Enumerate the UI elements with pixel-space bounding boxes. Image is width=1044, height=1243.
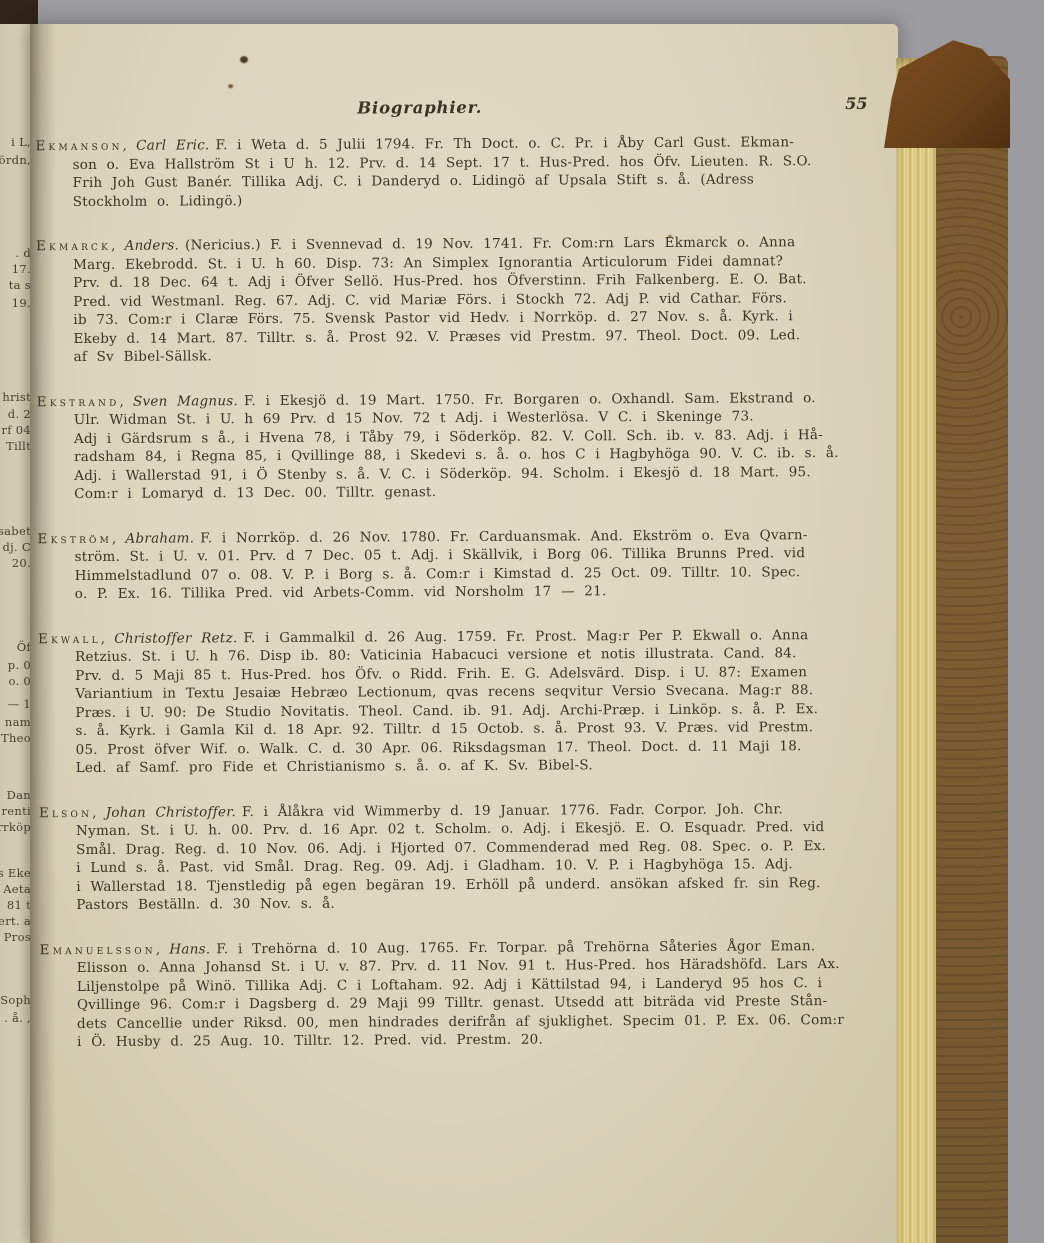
biography-entry: Ekmarck,Anders.(Nericius.) F. i Svenneva… bbox=[36, 233, 879, 367]
gutter-fragment: Pros bbox=[4, 930, 31, 944]
gutter-fragment: Theo bbox=[1, 731, 31, 745]
book-page: Biographier. 55 Ekmanson,Carl Eric.F. i … bbox=[30, 24, 898, 1243]
biography-entry: Ekmanson,Carl Eric.F. i Weta d. 5 Julii … bbox=[35, 133, 877, 211]
entry-line-text: F. i Ålåkra vid Wimmerby d. 19 Januar. 1… bbox=[242, 801, 783, 820]
gutter-fragment: Öf bbox=[17, 640, 31, 654]
page-number: 55 bbox=[845, 94, 867, 113]
fore-edge-pages bbox=[896, 58, 938, 1243]
gutter-fragment: — 1 bbox=[8, 697, 31, 711]
gutter-fragment: dj. C bbox=[2, 540, 31, 554]
gutter-fragment: rf 04 bbox=[1, 423, 31, 437]
gutter-fragment: sabet bbox=[0, 524, 31, 538]
biography-entry: Elson,Johan Christoffer.F. i Ålåkra vid … bbox=[39, 799, 882, 914]
page-surface: Biographier. 55 Ekmanson,Carl Eric.F. i … bbox=[27, 22, 901, 1243]
entry-headword: Ekstrand, bbox=[37, 393, 127, 409]
gutter-fragment: . å. , bbox=[4, 1011, 31, 1025]
page-header-title: Biographier. bbox=[357, 98, 482, 118]
gutter-fragment: rrköp bbox=[0, 820, 31, 834]
gutter-fragment: s Eke bbox=[0, 866, 31, 880]
gutter-fragment: ördn, bbox=[0, 153, 31, 167]
gutter-fragment: 20. bbox=[12, 556, 31, 570]
biography-entry: Emanuelsson,Hans.F. i Trehörna d. 10 Aug… bbox=[40, 936, 883, 1051]
biography-entry: Ekwall,Christoffer Retz.F. i Gammalkil d… bbox=[38, 625, 881, 777]
entry-headword: Ekström, bbox=[37, 530, 119, 546]
biography-entry: Ekstrand,Sven Magnus.F. i Ekesjö d. 19 M… bbox=[37, 388, 880, 503]
biography-entry: Ekström,Abraham.F. i Norrköp. d. 26 Nov.… bbox=[37, 525, 879, 603]
gutter-fragment: renti bbox=[1, 804, 31, 818]
entry-person-name: Carl Eric. bbox=[136, 137, 210, 153]
entry-line: Led. af Samf. pro Fide et Christianismo … bbox=[39, 755, 881, 778]
entry-headword: Ekmarck, bbox=[36, 238, 119, 254]
entry-line: af Sv Bibel-Sällsk. bbox=[37, 344, 879, 367]
entry-person-name: Hans. bbox=[169, 941, 210, 957]
book-cover bbox=[936, 56, 1008, 1243]
gutter-fragment: Aeta bbox=[3, 882, 31, 896]
entry-line-text: F. i Norrköp. d. 26 Nov. 1780. Fr. Cardu… bbox=[200, 527, 807, 546]
entry-line: i Ö. Husby d. 25 Aug. 10. Tilltr. 12. Pr… bbox=[40, 1029, 882, 1052]
gutter-fragment: Dan bbox=[7, 788, 31, 802]
entry-line: Stockholm o. Lidingö.) bbox=[36, 188, 878, 211]
entry-person-name: Sven Magnus. bbox=[133, 393, 238, 410]
gutter-fragment: 81 t bbox=[7, 898, 31, 912]
entry-line-text: F. i Ekesjö d. 19 Mart. 1750. Fr. Borgar… bbox=[244, 390, 816, 409]
gutter-fragment: Tillt bbox=[6, 439, 31, 453]
entry-person-name: Abraham. bbox=[125, 530, 194, 546]
entry-headword: Emanuelsson, bbox=[40, 941, 164, 958]
entry-person-name: Christoffer Retz. bbox=[114, 630, 237, 647]
gutter-fragment: ert. a bbox=[0, 914, 31, 928]
entry-line-text: F. i Gammalkil d. 26 Aug. 1759. Fr. Pros… bbox=[243, 627, 808, 646]
entries-container: Ekmanson,Carl Eric.F. i Weta d. 5 Julii … bbox=[35, 133, 882, 1078]
entry-headword: Ekwall, bbox=[38, 630, 108, 646]
entry-headword: Ekmanson, bbox=[35, 138, 130, 154]
scanned-book-page: i L,ördn,. d17.ta s19.hristd. 2rf 04Till… bbox=[0, 0, 1044, 1243]
entry-person-name: Anders. bbox=[125, 237, 180, 253]
gutter-fragment: p. 0 bbox=[8, 658, 31, 672]
entry-line-text: F. i Weta d. 5 Julii 1794. Fr. Th Doct. … bbox=[216, 134, 795, 153]
entry-line: Com:r i Lomaryd d. 13 Dec. 00. Tilltr. g… bbox=[37, 481, 879, 504]
gutter-fragment: o. 0 bbox=[8, 674, 31, 688]
entry-headword: Elson, bbox=[39, 804, 100, 820]
gutter-fragment: Soph bbox=[0, 993, 31, 1007]
gutter-fragment: d. 2 bbox=[8, 407, 31, 421]
entry-line-text: (Nericius.) F. i Svennevad d. 19 Nov. 17… bbox=[185, 234, 795, 253]
entry-line: Pastors Beställn. d. 30 Nov. s. å. bbox=[39, 892, 881, 915]
gutter-fragment: nam bbox=[5, 715, 31, 729]
entry-person-name: Johan Christoffer. bbox=[106, 804, 236, 821]
foxing-spot bbox=[228, 84, 233, 88]
foxing-spot bbox=[240, 56, 248, 63]
entry-line-text: F. i Trehörna d. 10 Aug. 1765. Fr. Torpa… bbox=[216, 938, 815, 957]
entry-line: o. P. Ex. 16. Tillika Pred. vid Arbets-C… bbox=[38, 581, 880, 604]
gutter-fragment: hrist bbox=[2, 390, 31, 404]
cover-corner-tear bbox=[884, 38, 1010, 148]
